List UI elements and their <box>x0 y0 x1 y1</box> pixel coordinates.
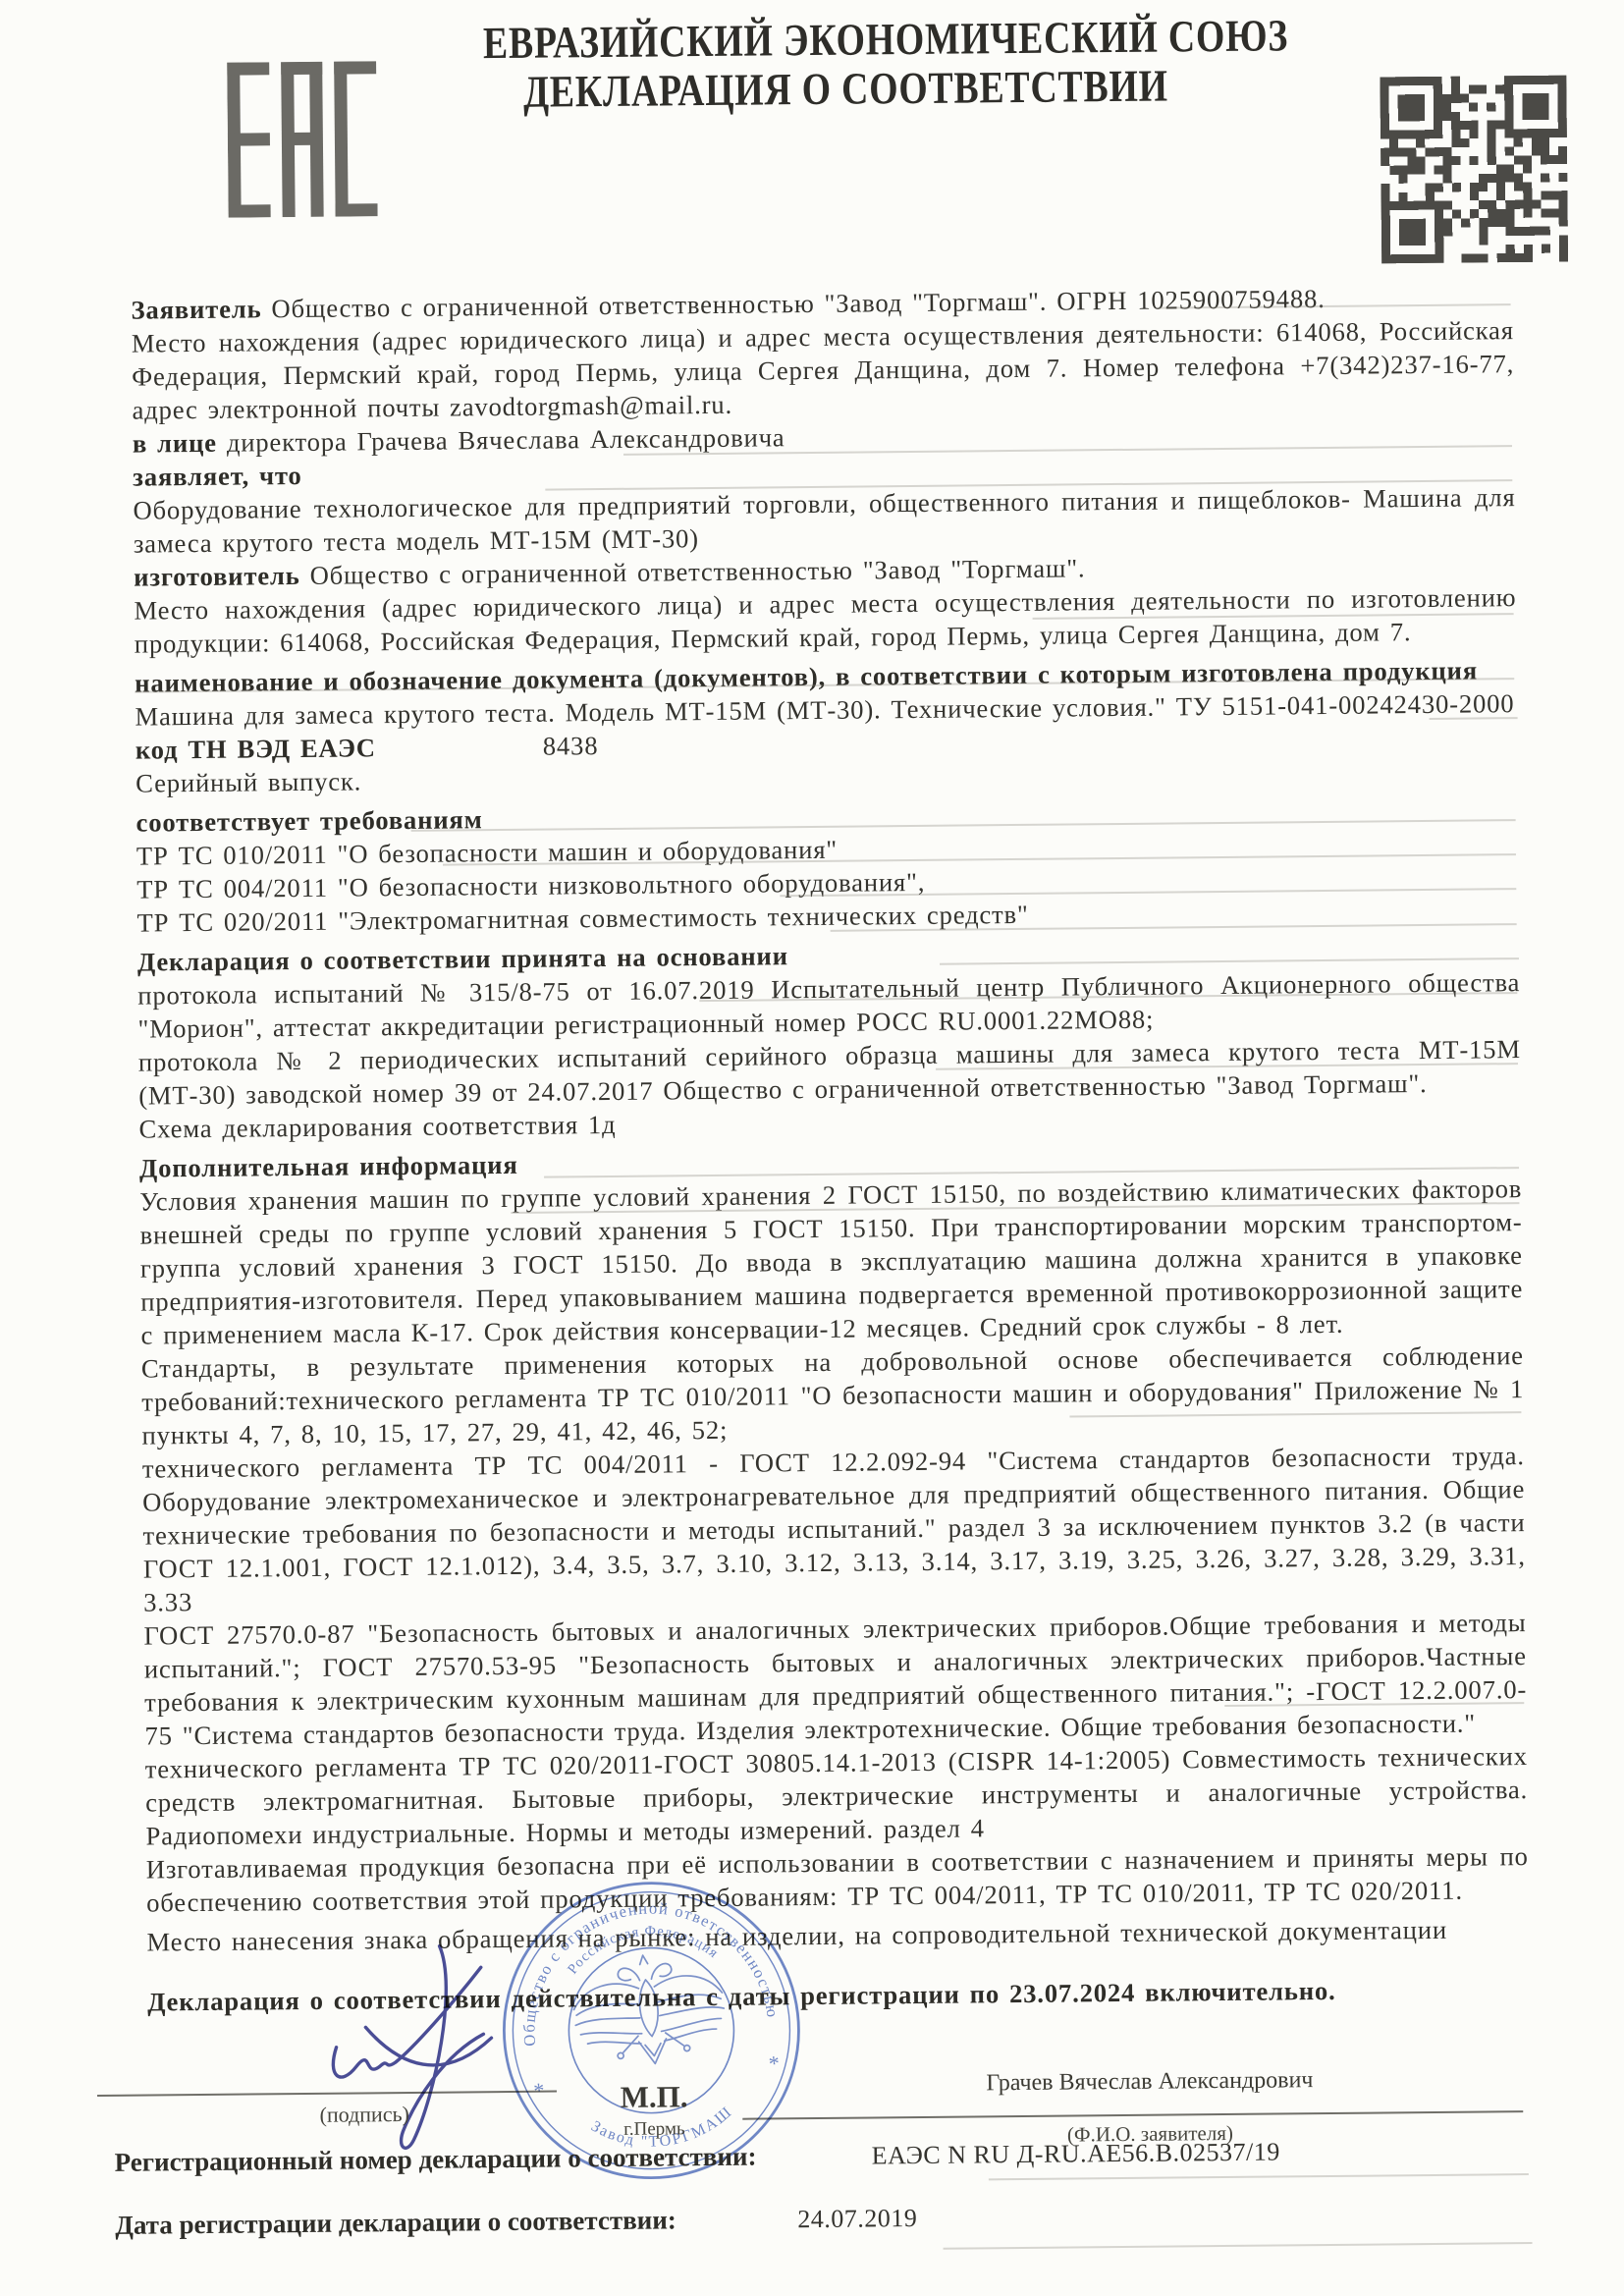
document-body: Заявитель Общество с ограниченной ответс… <box>131 280 1530 2018</box>
eac-mark-icon <box>227 61 378 217</box>
stamp-city-label: г.Пермь <box>606 2118 702 2141</box>
document-paragraph: Условия хранения машин по группе условий… <box>139 1172 1524 1352</box>
double-eagle-icon <box>568 1946 730 2072</box>
qr-code <box>1380 76 1568 264</box>
document-paragraph: протокола № 2 периодических испытаний се… <box>138 1032 1522 1113</box>
document-paragraph: Место нахождения (адрес юридического лиц… <box>132 313 1515 427</box>
document-paragraph: Изготавливаемая продукция безопасна при … <box>146 1839 1530 1920</box>
registration-date-label: Дата регистрации декларации о соответств… <box>115 2205 677 2240</box>
signature-caption: (подпись) <box>256 2101 472 2128</box>
title-line-2: ДЕКЛАРАЦИЯ О СООТВЕТСТВИИ <box>483 61 1208 117</box>
ruling-line <box>989 2173 1529 2180</box>
document-paragraph: Место нахождения (адрес юридического лиц… <box>134 580 1517 661</box>
document-paragraph: Стандарты, в результате применения котор… <box>141 1339 1525 1452</box>
ruling-lines <box>0 0 1615 8</box>
document-paragraph: ГОСТ 27570.0-87 "Безопасность бытовых и … <box>143 1606 1527 1753</box>
ruling-line <box>944 2242 1533 2250</box>
scanned-declaration-page: ЕВРАЗИЙСКИЙ ЭКОНОМИЧЕСКИЙ СОЮЗ ДЕКЛАРАЦИ… <box>0 0 1624 2296</box>
scan-tilt-layer: ЕВРАЗИЙСКИЙ ЭКОНОМИЧЕСКИЙ СОЮЗ ДЕКЛАРАЦИ… <box>0 0 1624 2296</box>
stamp-place-label: М.П. <box>612 2079 696 2115</box>
title-line-1: ЕВРАЗИЙСКИЙ ЭКОНОМИЧЕСКИЙ СОЮЗ <box>483 12 1208 68</box>
stamp-star-right: * <box>768 2050 782 2076</box>
document-paragraph: технического регламента ТР ТС 020/2011-Г… <box>145 1739 1529 1853</box>
handwritten-signature <box>313 1928 541 2175</box>
registration-number-label: Регистрационный номер декларации о соотв… <box>115 2142 757 2178</box>
document-paragraph: технического регламента ТР ТС 004/2011 -… <box>142 1439 1527 1619</box>
registration-date-value: 24.07.2019 <box>797 2204 917 2234</box>
ruling-line <box>742 2110 1523 2120</box>
registration-number-value: ЕАЭС N RU Д-RU.АЕ56.В.02537/19 <box>872 2137 1280 2170</box>
applicant-name: Грачев Вячеслав Александрович <box>875 2066 1425 2098</box>
document-title: ЕВРАЗИЙСКИЙ ЭКОНОМИЧЕСКИЙ СОЮЗ ДЕКЛАРАЦИ… <box>404 11 1288 118</box>
